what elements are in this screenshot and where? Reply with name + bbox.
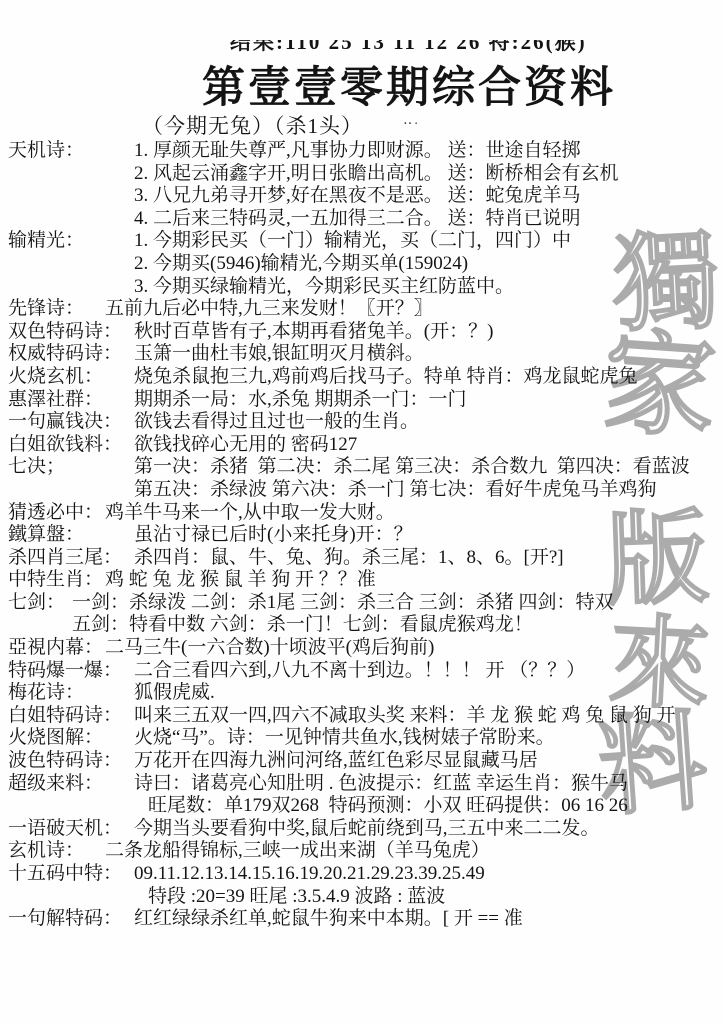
doc-row-label: 鐵算盤： [8, 524, 134, 547]
doc-row-text: 1. 今期彩民买（一门）输精光，买（二门，四门）中 [134, 230, 571, 253]
doc-row-text: 鸡 蛇 兔 龙 猴 鼠 羊 狗 开 ？？准 [105, 569, 376, 592]
doc-row-text: 2. 风起云涌鑫字开,明日张瞻出高机。 送：断桥相会有玄机 [134, 163, 619, 186]
doc-row-label [8, 208, 134, 231]
doc-row-label: 一句解特码： [8, 908, 134, 931]
doc-row-label: 杀四肖三尾： [8, 547, 134, 570]
doc-row-label [8, 614, 72, 637]
doc-row-label: 梅花诗： [8, 682, 134, 705]
doc-row: 一句赢钱决：欲钱去看得过且过也一般的生肖。 [8, 411, 721, 434]
doc-row-label [8, 479, 134, 502]
doc-row-text: 五剑：特看中数 六剑：杀一门！七剑：看鼠虎猴鸡龙！ [72, 614, 533, 637]
doc-row-label [8, 185, 134, 208]
doc-row: 超级来料：诗曰：诸葛亮心知肚明 . 色波提示：红蓝 幸运生肖：猴牛马 [8, 773, 721, 796]
doc-row: 亞視内幕：二马三牛(一六合数)十顷波平(鸡后狗前) [8, 637, 721, 660]
doc-row-text: 狐假虎威. [134, 682, 215, 705]
doc-row-text: 火烧“马”。诗：一见钟情共鱼水,钱树婊子常盼来。 [134, 727, 555, 750]
doc-row: 白姐特码诗：叫来三五双一四,四六不减取头奖 来料：羊 龙 猴 蛇 鸡 兔 鼠 狗… [8, 705, 721, 728]
doc-row-text: 09.11.12.13.14.15.16.19.20.21.29.23.39.2… [134, 863, 485, 886]
doc-row-text: 旺尾数：单179双268 特码预测：小双 旺码提供：06 16 26 [148, 795, 628, 818]
doc-row-label: 波色特码诗： [8, 750, 134, 773]
doc-row-text: 特段 :20=39 旺尾 :3.5.4.9 波路 : 蓝波 [148, 886, 445, 909]
doc-row-label: 中特生肖： [8, 569, 105, 592]
doc-row-label: 火烧图解： [8, 727, 134, 750]
doc-row-text: 3. 今期买绿输精光，今期彩民买主红防蓝中。 [134, 276, 514, 299]
doc-row: 一句解特码：红红绿绿杀红单,蛇鼠牛狗来中本期。[ 开 == 准 [8, 908, 721, 931]
doc-row-label: 超级来料： [8, 773, 134, 796]
doc-row-label: 猜透必中： [8, 502, 105, 525]
doc-row-text: 五前九后必中特,九三来发财！〖开？〗 [105, 298, 433, 321]
doc-row-text: 叫来三五双一四,四六不减取头奖 来料：羊 龙 猴 蛇 鸡 兔 鼠 狗 开 [134, 705, 676, 728]
doc-row: 一语破天机：今期当头要看狗中奖,鼠后蛇前绕到马,三五中来二二发。 [8, 818, 721, 841]
kill-note: （今期无兔）（杀1头） [142, 110, 363, 140]
doc-row-text: 二合三看四六到,八九不离十到边。！！！ 开 （？？） [134, 660, 585, 683]
doc-row-label: 玄机诗： [8, 840, 105, 863]
doc-row-text: 4. 二后来三特码灵,一五加得三二合。 送：特肖已说明 [134, 208, 581, 231]
doc-row: 2. 风起云涌鑫字开,明日张瞻出高机。 送：断桥相会有玄机 [8, 163, 721, 186]
doc-row: 3. 今期买绿输精光，今期彩民买主红防蓝中。 [8, 276, 721, 299]
doc-row-label: 七决； [8, 456, 134, 479]
doc-row-text: 期期杀一局：水,杀兔 期期杀一门：一门 [134, 389, 467, 412]
doc-row-text: 2. 今期买(5946)输精光,今期买单(159024) [134, 253, 468, 276]
doc-row: 杀四肖三尾：杀四肖：鼠、牛、兔、狗。杀三尾：1、8、6。[开?] [8, 547, 721, 570]
doc-row: 五剑：特看中数 六剑：杀一门！七剑：看鼠虎猴鸡龙！ [8, 614, 721, 637]
doc-row-label [8, 163, 134, 186]
doc-row-label: 特码爆一爆： [8, 660, 134, 683]
doc-row: 惠澤社群：期期杀一局：水,杀兔 期期杀一门：一门 [8, 389, 721, 412]
doc-row-label [8, 253, 134, 276]
doc-row: 火烧图解：火烧“马”。诗：一见钟情共鱼水,钱树婊子常盼来。 [8, 727, 721, 750]
doc-row: 输精光：1. 今期彩民买（一门）输精光，买（二门，四门）中 [8, 230, 721, 253]
doc-row-label: 白姐特码诗： [8, 705, 134, 728]
doc-row-label: 天机诗： [8, 140, 134, 163]
doc-row-text: 欲钱去看得过且过也一般的生肖。 [134, 411, 419, 434]
doc-row: 中特生肖：鸡 蛇 兔 龙 猴 鼠 羊 狗 开 ？？准 [8, 569, 721, 592]
doc-row-text: 第五决：杀绿波 第六决：杀一门 第七决：看好牛虎兔马羊鸡狗 [134, 479, 657, 502]
doc-row: 先锋诗：五前九后必中特,九三来发财！〖开？〗 [8, 298, 721, 321]
doc-row-text: 秋时百草皆有子,本期再看猪兔羊。(开：？) [134, 321, 493, 344]
doc-row-text: 二马三牛(一六合数)十顷波平(鸡后狗前) [105, 637, 434, 660]
doc-row-label: 火烧玄机： [8, 366, 134, 389]
doc-row-text: 玉箫一曲杜韦娘,银缸明灭月横斜。 [134, 343, 424, 366]
doc-row-text: 虽沾寸禄已后时(小来托身)开：？ [134, 524, 413, 547]
doc-row-text: 二条龙船得锦标,三峡一成出来湖（羊马兔虎） [105, 840, 490, 863]
doc-row-label [8, 886, 148, 909]
doc-row: 双色特码诗：秋时百草皆有子,本期再看猪兔羊。(开：？) [8, 321, 721, 344]
doc-row-label [8, 276, 134, 299]
doc-row: 白姐欲钱料：欲钱找碎心无用的 密码127 [8, 434, 721, 457]
doc-row-text: 一剑：杀绿泼 二剑：杀1尾 三剑：杀三合 三剑：杀猪 四剑：特双 [72, 592, 614, 615]
doc-row-text: 红红绿绿杀红单,蛇鼠牛狗来中本期。[ 开 == 准 [134, 908, 523, 931]
doc-row: 波色特码诗：万花开在四海九洲问河络,蓝红色彩尽显鼠藏马居 [8, 750, 721, 773]
doc-row: 十五码中特：09.11.12.13.14.15.16.19.20.21.29.2… [8, 863, 721, 886]
doc-row-label: 白姐欲钱料： [8, 434, 134, 457]
tips-list: 天机诗：1. 厚颜无耻失尊严,凡事协力即财源。 送：世途自轻掷2. 风起云涌鑫字… [8, 140, 721, 931]
doc-row-label: 惠澤社群： [8, 389, 134, 412]
doc-row: 玄机诗：二条龙船得锦标,三峡一成出来湖（羊马兔虎） [8, 840, 721, 863]
doc-row-label: 十五码中特： [8, 863, 134, 886]
doc-row: 特码爆一爆：二合三看四六到,八九不离十到边。！！！ 开 （？？） [8, 660, 721, 683]
doc-row: 鐵算盤：虽沾寸禄已后时(小来托身)开：？ [8, 524, 721, 547]
doc-row-text: 鸡羊牛马来一个,从中取一发大财。 [105, 502, 395, 525]
doc-row: 第五决：杀绿波 第六决：杀一门 第七决：看好牛虎兔马羊鸡狗 [8, 479, 721, 502]
doc-row-text: 烧兔杀鼠抱三九,鸡前鸡后找马子。特单 特肖：鸡龙鼠蛇虎兔 [134, 366, 638, 389]
doc-row: 梅花诗：狐假虎威. [8, 682, 721, 705]
doc-row-text: 万花开在四海九洲问河络,蓝红色彩尽显鼠藏马居 [134, 750, 538, 773]
doc-row: 七剑：一剑：杀绿泼 二剑：杀1尾 三剑：杀三合 三剑：杀猪 四剑：特双 [8, 592, 721, 615]
doc-row-text: 欲钱找碎心无用的 密码127 [134, 434, 357, 457]
doc-row-label: 一句赢钱决： [8, 411, 134, 434]
doc-row-label: 先锋诗： [8, 298, 105, 321]
doc-row: 4. 二后来三特码灵,一五加得三二合。 送：特肖已说明 [8, 208, 721, 231]
doc-row-label: 双色特码诗： [8, 321, 134, 344]
doc-row: 权威特码诗：玉箫一曲杜韦娘,银缸明灭月横斜。 [8, 343, 721, 366]
doc-row: 旺尾数：单179双268 特码预测：小双 旺码提供：06 16 26 [8, 795, 721, 818]
doc-row-text: 3. 八兄九弟寻开梦,好在黑夜不是恶。 送：蛇兔虎羊马 [134, 185, 581, 208]
doc-row: 猜透必中：鸡羊牛马来一个,从中取一发大财。 [8, 502, 721, 525]
doc-row: 火烧玄机：烧兔杀鼠抱三九,鸡前鸡后找马子。特单 特肖：鸡龙鼠蛇虎兔 [8, 366, 721, 389]
doc-row-text: 第一决：杀猪 第二决：杀二尾 第三决：杀合数九 第四决：看蓝波 [134, 456, 690, 479]
doc-row: 特段 :20=39 旺尾 :3.5.4.9 波路 : 蓝波 [8, 886, 721, 909]
doc-row-text: 杀四肖：鼠、牛、兔、狗。杀三尾：1、8、6。[开?] [134, 547, 564, 570]
doc-row-label [8, 795, 148, 818]
page-title: 第壹壹零期综合资料 [0, 54, 723, 106]
doc-row-label: 七剑： [8, 592, 72, 615]
doc-row: 天机诗：1. 厚颜无耻失尊严,凡事协力即财源。 送：世途自轻掷 [8, 140, 721, 163]
doc-row: 3. 八兄九弟寻开梦,好在黑夜不是恶。 送：蛇兔虎羊马 [8, 185, 721, 208]
doc-row-label: 一语破天机： [8, 818, 134, 841]
doc-row-label: 权威特码诗： [8, 343, 134, 366]
doc-row-label: 亞視内幕： [8, 637, 105, 660]
doc-row: 2. 今期买(5946)输精光,今期买单(159024) [8, 253, 721, 276]
scan-dots-artifact: ‥. [403, 112, 420, 129]
doc-row: 七决；第一决：杀猪 第二决：杀二尾 第三决：杀合数九 第四决：看蓝波 [8, 456, 721, 479]
doc-row-text: 今期当头要看狗中奖,鼠后蛇前绕到马,三五中来二二发。 [134, 818, 600, 841]
doc-row-label: 输精光： [8, 230, 134, 253]
doc-row-text: 诗曰：诸葛亮心知肚明 . 色波提示：红蓝 幸运生肖：猴牛马 [134, 773, 628, 796]
doc-row-text: 1. 厚颜无耻失尊严,凡事协力即财源。 送：世途自轻掷 [134, 140, 581, 163]
